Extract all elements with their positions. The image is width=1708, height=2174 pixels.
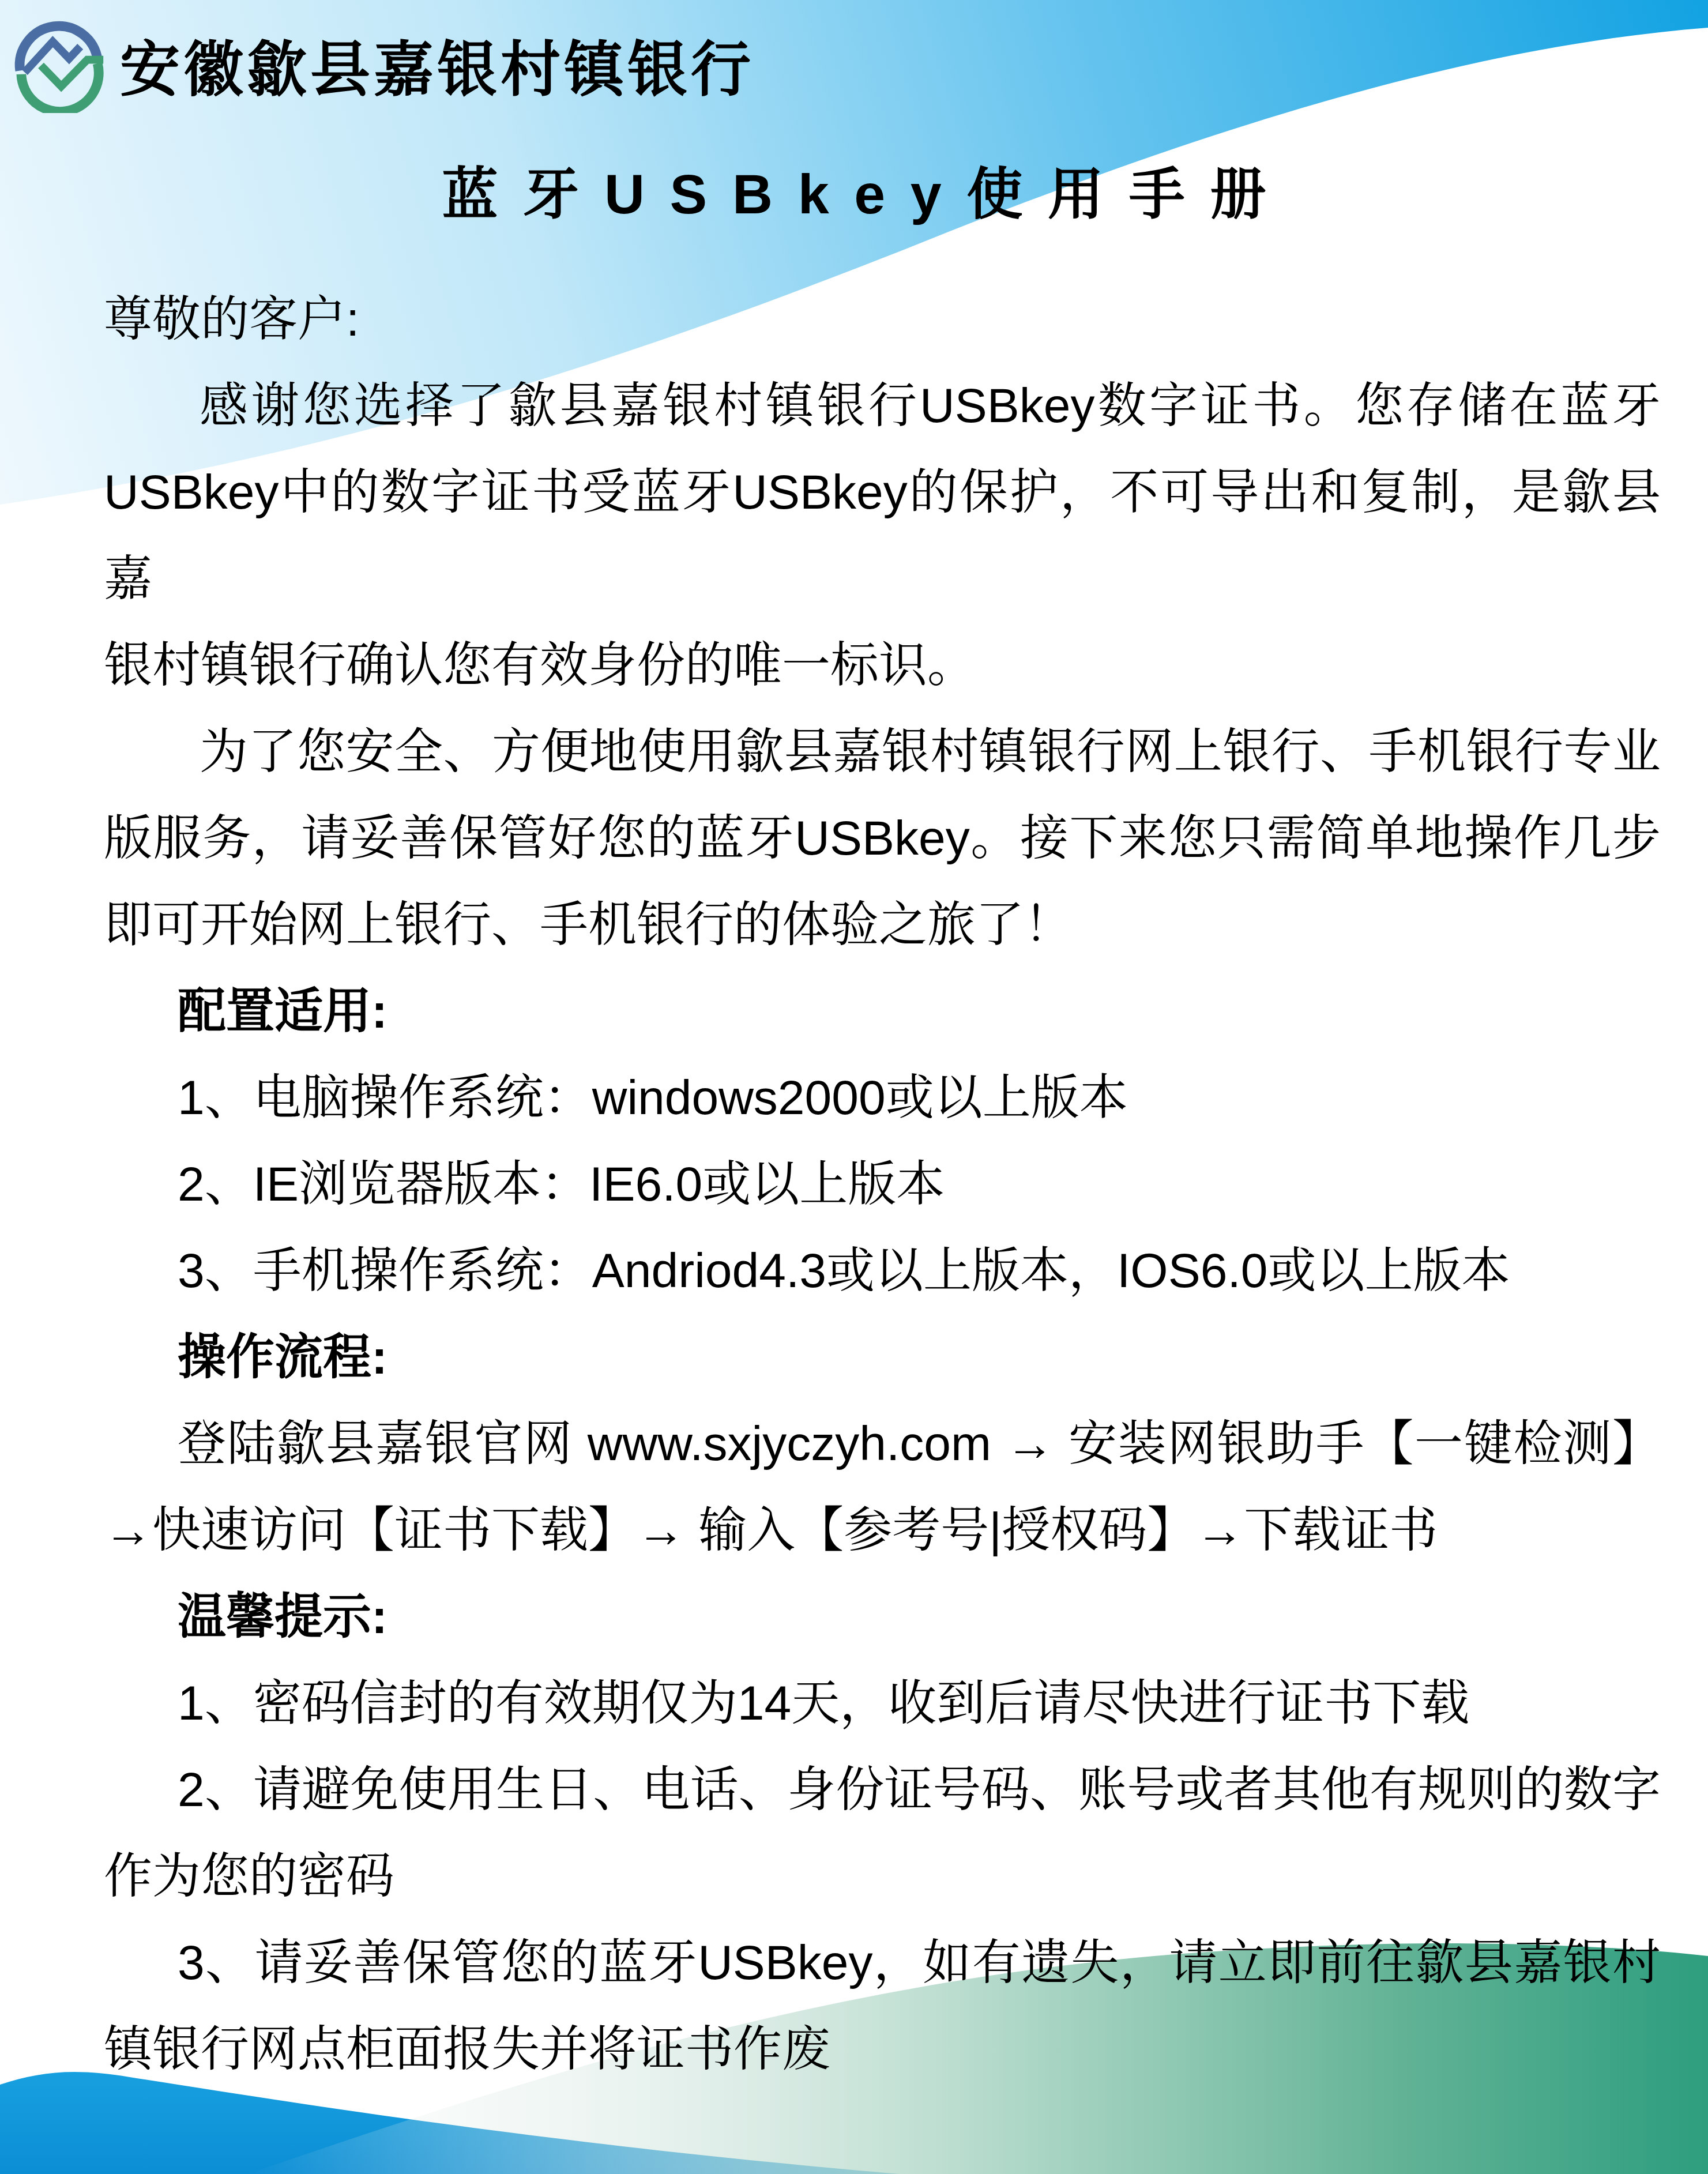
list-item: 1、密码信封的有效期仅为14天，收到后请尽快进行证书下载 (104, 1660, 1661, 1746)
section-heading-flow: 操作流程: (104, 1314, 1661, 1400)
paragraph-line: 版服务，请妥善保管好您的蓝牙USBkey。接下来您只需简单地操作几步 (104, 795, 1661, 881)
paragraph-line: 为了您安全、方便地使用歙县嘉银村镇银行网上银行、手机银行专业 (104, 708, 1661, 795)
paragraph-line: 即可开始网上银行、手机银行的体验之旅了！ (104, 881, 1661, 968)
paragraph-line: 银村镇银行确认您有效身份的唯一标识。 (104, 622, 1661, 708)
list-item: 1、电脑操作系统：windows2000或以上版本 (104, 1054, 1661, 1141)
paragraph-line: 镇银行网点柜面报失并将证书作废 (104, 2006, 1661, 2092)
header: 安徽歙县嘉银村镇银行 (10, 16, 754, 113)
section-heading-tips: 温馨提示: (104, 1573, 1661, 1660)
flow-step-line: →快速访问【证书下载】→ 输入【参考号|授权码】→下载证书 (104, 1487, 1661, 1573)
document-title: 蓝牙USBkey使用手册 (0, 149, 1708, 230)
list-item: 2、IE浏览器版本：IE6.0或以上版本 (104, 1141, 1661, 1227)
paragraph-line: USBkey中的数字证书受蓝牙USBkey的保护，不可导出和复制，是歙县嘉 (104, 449, 1661, 622)
list-item: 3、手机操作系统：Andriod4.3或以上版本，IOS6.0或以上版本 (104, 1227, 1661, 1314)
bank-logo-icon (10, 16, 107, 113)
salutation-line: 尊敬的客户: (104, 276, 1661, 362)
paragraph-line: 感谢您选择了歙县嘉银村镇银行USBkey数字证书。您存储在蓝牙 (104, 362, 1661, 449)
body-text: 尊敬的客户: 感谢您选择了歙县嘉银村镇银行USBkey数字证书。您存储在蓝牙 U… (104, 276, 1661, 2092)
manual-page: 安徽歙县嘉银村镇银行 蓝牙USBkey使用手册 尊敬的客户: 感谢您选择了歙县嘉… (0, 0, 1708, 2174)
list-item: 3、请妥善保管您的蓝牙USBkey，如有遗失，请立即前往歙县嘉银村 (104, 1919, 1661, 2006)
section-heading-config: 配置适用: (104, 968, 1661, 1054)
paragraph-line: 作为您的密码 (104, 1833, 1661, 1919)
list-item: 2、请避免使用生日、电话、身份证号码、账号或者其他有规则的数字 (104, 1746, 1661, 1833)
flow-step-line: 登陆歙县嘉银官网 www.sxjyczyh.com → 安装网银助手【一键检测】 (104, 1400, 1661, 1487)
bank-name: 安徽歙县嘉银村镇银行 (120, 21, 754, 108)
